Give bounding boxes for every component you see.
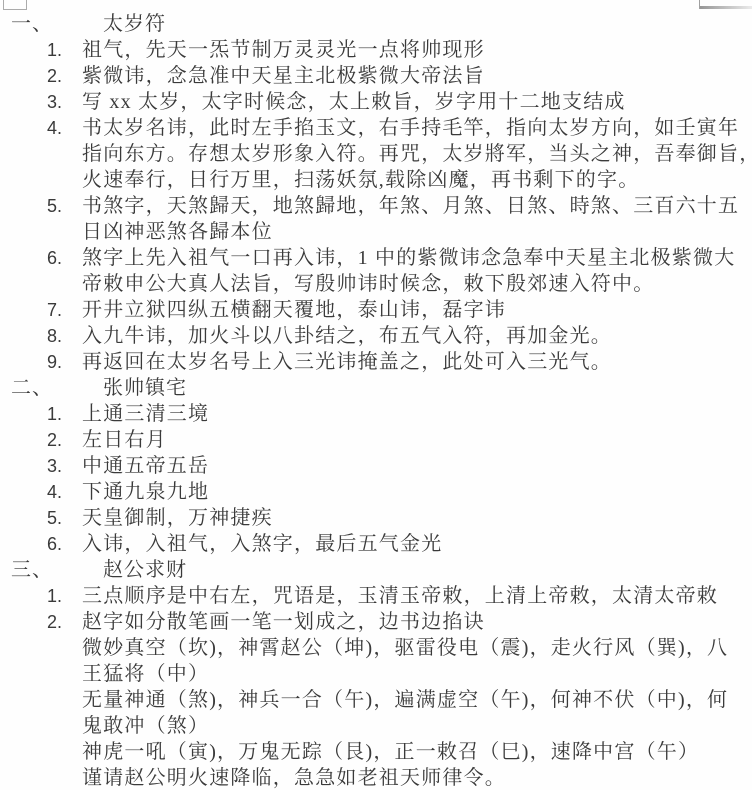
list-item-row: 6.煞字上先入祖气一口再入讳，1 中的紫微讳念急奉中天星主北极紫微大 <box>0 245 752 271</box>
list-item-row: 2.赵字如分散笔画一笔一划成之，边书边掐诀 <box>0 609 752 635</box>
list-item-row: 3.写 xx 太岁，太字时候念，太上敕旨，岁字用十二地支结成 <box>0 89 752 115</box>
list-item-text: 左日右月 <box>82 427 167 453</box>
list-item-text: 神虎一吼（寅)，万鬼无踪（艮)，正一敕召（巳)，速降中宫（午） <box>82 739 699 765</box>
list-item-continuation-row: 日凶神恶煞各歸本位 <box>0 219 752 245</box>
list-item-row: 5.书煞字，天煞歸天，地煞歸地，年煞、月煞、日煞、時煞、三百六十五 <box>0 193 752 219</box>
list-item-number: 5. <box>47 193 62 219</box>
list-item-text: 指向东方。存想太岁形象入符。再咒，太岁將军，当头之神，吾奉御旨， <box>82 141 752 167</box>
list-item-number: 6. <box>47 245 62 271</box>
section-marker: 三、 <box>11 557 53 583</box>
list-item-text: 祖气，先天一炁节制万灵灵光一点将帅现形 <box>82 37 485 63</box>
list-item-row: 1.三点顺序是中右左，咒语是，玉清玉帝敕，上清上帝敕，太清太帝敕 <box>0 583 752 609</box>
list-item-number: 2. <box>47 63 62 89</box>
list-item-text: 书太岁名讳，此时左手掐玉文，右手持毛竿，指向太岁方向，如壬寅年 <box>82 115 739 141</box>
list-item-text: 三点顺序是中右左，咒语是，玉清玉帝敕，上清上帝敕，太清太帝敕 <box>82 583 718 609</box>
list-item-text: 王猛将（中） <box>82 661 209 687</box>
list-item-number: 2. <box>47 427 62 453</box>
list-item-number: 1. <box>47 401 62 427</box>
list-item-row: 7.开井立狱四纵五横翻天覆地，泰山讳，磊字讳 <box>0 297 752 323</box>
list-item-text: 中通五帝五岳 <box>82 453 209 479</box>
list-item-continuation-row: 无量神通（煞)，神兵一合（午)，遍满虚空（午)，何神不伏（中)，何 <box>0 687 752 713</box>
list-item-continuation-row: 王猛将（中） <box>0 661 752 687</box>
section-heading-row: 三、赵公求财 <box>0 557 752 583</box>
section-marker: 一、 <box>11 11 53 37</box>
list-item-text: 谨请赵公明火速降临，急急如老祖天师律令。 <box>82 765 506 790</box>
list-item-row: 9.再返回在太岁名号上入三光讳掩盖之，此处可入三光气。 <box>0 349 752 375</box>
list-item-text: 日凶神恶煞各歸本位 <box>82 219 273 245</box>
list-item-number: 1. <box>47 583 62 609</box>
list-item-number: 4. <box>47 115 62 141</box>
list-item-number: 5. <box>47 505 62 531</box>
list-item-number: 1. <box>47 37 62 63</box>
page-corner-mark-top-right <box>699 0 752 9</box>
list-item-number: 7. <box>47 297 62 323</box>
list-item-number: 2. <box>47 609 62 635</box>
list-item-text: 开井立狱四纵五横翻天覆地，泰山讳，磊字讳 <box>82 297 506 323</box>
list-item-text: 无量神通（煞)，神兵一合（午)，遍满虚空（午)，何神不伏（中)，何 <box>82 687 728 713</box>
list-item-text: 煞字上先入祖气一口再入讳，1 中的紫微讳念急奉中天星主北极紫微大 <box>82 245 735 271</box>
list-item-number: 3. <box>47 89 62 115</box>
list-item-text: 鬼敢冲（煞） <box>82 713 209 739</box>
list-item-number: 8. <box>47 323 62 349</box>
list-item-continuation-row: 指向东方。存想太岁形象入符。再咒，太岁將军，当头之神，吾奉御旨， <box>0 141 752 167</box>
list-item-number: 6. <box>47 531 62 557</box>
list-item-text: 火速奉行，日行万里，扫荡妖氛,载除凶魔，再书剩下的字。 <box>82 167 639 193</box>
list-item-text: 上通三清三境 <box>82 401 209 427</box>
list-item-number: 4. <box>47 479 62 505</box>
list-item-row: 4.书太岁名讳，此时左手掐玉文，右手持毛竿，指向太岁方向，如壬寅年 <box>0 115 752 141</box>
list-item-row: 1.上通三清三境 <box>0 401 752 427</box>
list-item-row: 3.中通五帝五岳 <box>0 453 752 479</box>
section-heading-row: 二、张帅镇宅 <box>0 375 752 401</box>
list-item-text: 下通九泉九地 <box>82 479 209 505</box>
list-item-number: 9. <box>47 349 62 375</box>
list-item-text: 再返回在太岁名号上入三光讳掩盖之，此处可入三光气。 <box>82 349 612 375</box>
list-item-row: 2.紫微讳，念急准中天星主北极紫微大帝法旨 <box>0 63 752 89</box>
page-corner-mark-top-left <box>3 0 27 10</box>
list-item-text: 写 xx 太岁，太字时候念，太上敕旨，岁字用十二地支结成 <box>82 89 626 115</box>
list-item-row: 5.天皇御制，万神捷疾 <box>0 505 752 531</box>
section-title: 赵公求财 <box>103 557 187 583</box>
list-item-text: 天皇御制，万神捷疾 <box>82 505 273 531</box>
list-item-text: 入九牛讳，加火斗以八卦结之，布五气入符，再加金光。 <box>82 323 612 349</box>
list-item-number: 3. <box>47 453 62 479</box>
section-marker: 二、 <box>11 375 53 401</box>
list-item-row: 6.入讳，入祖气，入煞字，最后五气金光 <box>0 531 752 557</box>
document-page: { "page": { "background": "#ffffff", "te… <box>0 0 752 790</box>
section-title: 太岁符 <box>103 11 166 37</box>
list-item-row: 4.下通九泉九地 <box>0 479 752 505</box>
list-item-row: 8.入九牛讳，加火斗以八卦结之，布五气入符，再加金光。 <box>0 323 752 349</box>
list-item-text: 微妙真空（坎)，神霄赵公（坤)，驱雷役电（震)，走火行风（巽)，八 <box>82 635 728 661</box>
list-item-continuation-row: 谨请赵公明火速降临，急急如老祖天师律令。 <box>0 765 752 790</box>
list-item-text: 紫微讳，念急准中天星主北极紫微大帝法旨 <box>82 63 485 89</box>
list-item-text: 书煞字，天煞歸天，地煞歸地，年煞、月煞、日煞、時煞、三百六十五 <box>82 193 739 219</box>
list-item-continuation-row: 微妙真空（坎)，神霄赵公（坤)，驱雷役电（震)，走火行风（巽)，八 <box>0 635 752 661</box>
list-item-continuation-row: 帝敕申公大真人法旨，写殷帅讳时候念，敕下殷郊速入符中。 <box>0 271 752 297</box>
list-item-text: 帝敕申公大真人法旨，写殷帅讳时候念，敕下殷郊速入符中。 <box>82 271 654 297</box>
list-item-continuation-row: 神虎一吼（寅)，万鬼无踪（艮)，正一敕召（巳)，速降中宫（午） <box>0 739 752 765</box>
list-item-text: 入讳，入祖气，入煞字，最后五气金光 <box>82 531 442 557</box>
section-title: 张帅镇宅 <box>103 375 187 401</box>
list-item-text: 赵字如分散笔画一笔一划成之，边书边掐诀 <box>82 609 485 635</box>
list-item-continuation-row: 鬼敢冲（煞） <box>0 713 752 739</box>
list-item-row: 2.左日右月 <box>0 427 752 453</box>
document-body: 一、太岁符1.祖气，先天一炁节制万灵灵光一点将帅现形2.紫微讳，念急准中天星主北… <box>0 11 752 790</box>
list-item-continuation-row: 火速奉行，日行万里，扫荡妖氛,载除凶魔，再书剩下的字。 <box>0 167 752 193</box>
list-item-row: 1.祖气，先天一炁节制万灵灵光一点将帅现形 <box>0 37 752 63</box>
section-heading-row: 一、太岁符 <box>0 11 752 37</box>
